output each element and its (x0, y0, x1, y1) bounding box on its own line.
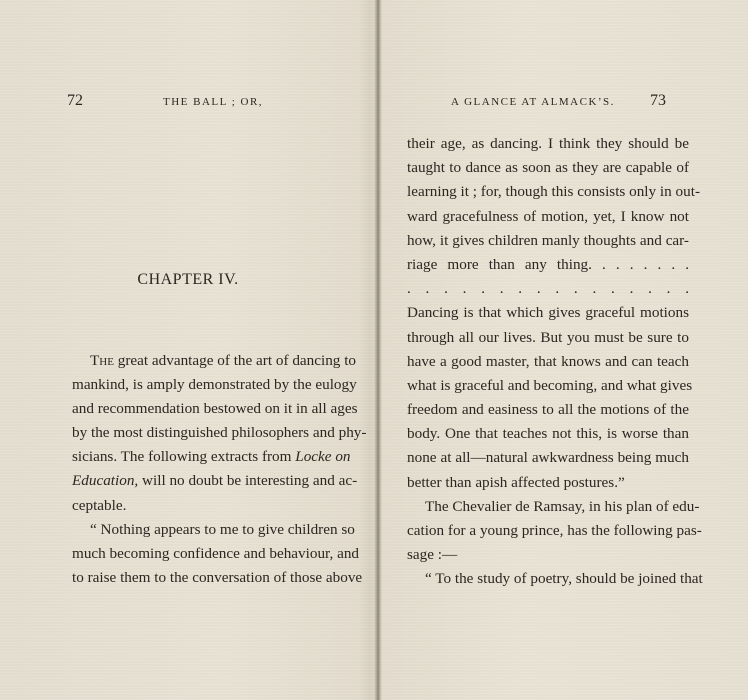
text-line: have a good master, that knows and can t… (407, 350, 689, 374)
running-head: THE BALL ; OR, (163, 96, 263, 108)
text-line: none at all—natural awkwardness being mu… (407, 446, 689, 470)
body-text: The great advantage of the art of dancin… (72, 349, 348, 590)
text-line: what is graceful and becoming, and what … (407, 374, 689, 398)
text-line: mankind, is amply demonstrated by the eu… (72, 373, 348, 397)
text-line: “ To the study of poetry, should be join… (407, 567, 689, 591)
book-spread: 72 THE BALL ; OR, CHAPTER IV. The great … (0, 0, 748, 700)
text-line: freedom and easiness to all the motions … (407, 398, 689, 422)
text-line: by the most distinguished philosophers a… (72, 421, 348, 445)
running-head: A GLANCE AT ALMACK’S. (451, 96, 615, 108)
text-line: riage more than any thing. . . . . . . . (407, 253, 689, 277)
right-page: A GLANCE AT ALMACK’S. 73 their age, as d… (380, 0, 748, 700)
text-line: much becoming confidence and behaviour, … (72, 542, 348, 566)
ellipsis-line: . . . . . . . . . . . . . . . . (407, 277, 689, 301)
text-line: ward gracefulness of motion, yet, I know… (407, 205, 689, 229)
text-line: how, it gives children manly thoughts an… (407, 229, 689, 253)
text-line: body. One that teaches not this, is wors… (407, 422, 689, 446)
page-number: 72 (67, 92, 83, 110)
text-line: The Chevalier de Ramsay, in his plan of … (407, 495, 689, 519)
text-line: cation for a young prince, has the follo… (407, 519, 689, 543)
text-line: Dancing is that which gives graceful mot… (407, 301, 689, 325)
text-line: to raise them to the conversation of tho… (72, 566, 348, 590)
chapter-title: CHAPTER IV. (0, 271, 376, 289)
text-line: through all our lives. But you must be s… (407, 326, 689, 350)
left-page: 72 THE BALL ; OR, CHAPTER IV. The great … (0, 0, 376, 700)
text-line: sicians. The following extracts from Loc… (72, 445, 348, 469)
book-title-italic: Locke on (295, 448, 350, 465)
text-line: “ Nothing appears to me to give children… (72, 518, 348, 542)
book-title-italic: Education, (72, 472, 138, 489)
text-line: and recommendation bestowed on it in all… (72, 397, 348, 421)
page-number: 73 (650, 92, 666, 110)
body-text: their age, as dancing. I think they shou… (407, 132, 689, 592)
text-line: learning it ; for, though this consists … (407, 180, 689, 204)
text-line: better than apish affected postures.” (407, 471, 689, 495)
text-line: The great advantage of the art of dancin… (72, 349, 348, 373)
text-line: Education, will no doubt be interesting … (72, 469, 348, 493)
text-line: taught to dance as soon as they are capa… (407, 156, 689, 180)
text-line: their age, as dancing. I think they shou… (407, 132, 689, 156)
text-line: ceptable. (72, 494, 348, 518)
text-line: sage :— (407, 543, 689, 567)
